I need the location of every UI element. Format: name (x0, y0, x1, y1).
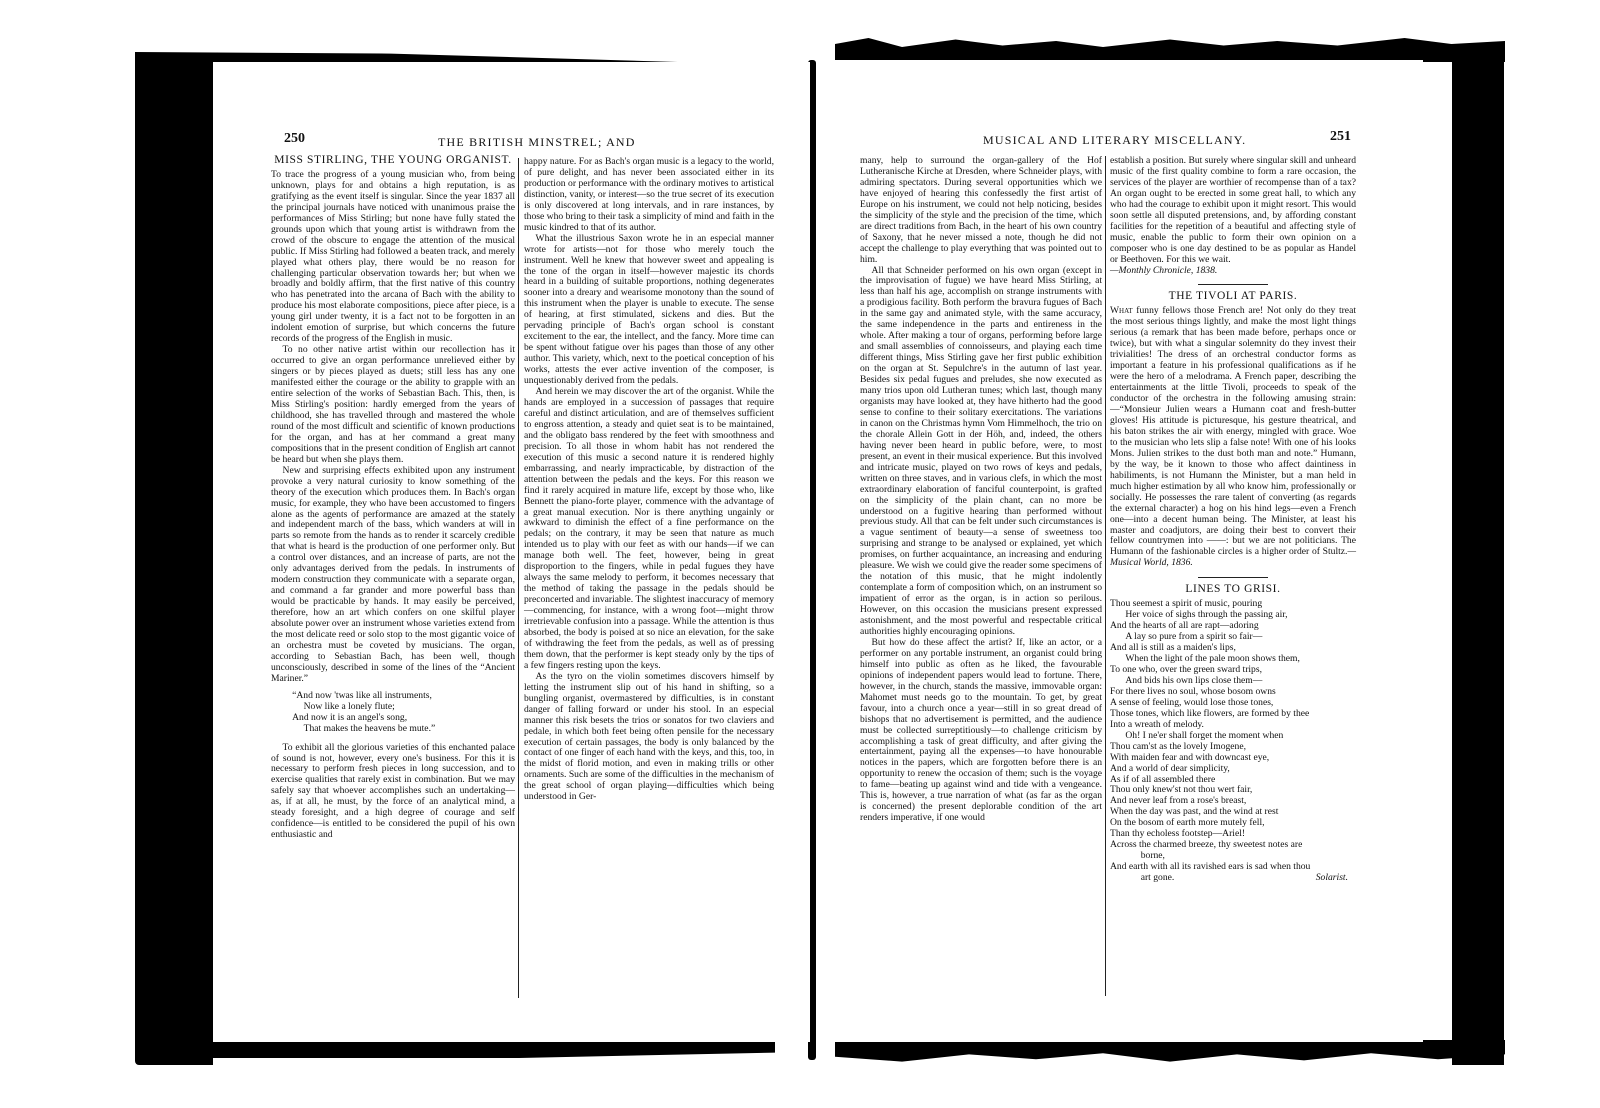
poem-signature: Solarist. (1316, 873, 1348, 884)
paragraph: To trace the progress of a young musicia… (271, 170, 515, 345)
book-edge-right (1452, 45, 1504, 1065)
paragraph-body: funny fellows those French are! Not only… (1110, 305, 1356, 557)
poem-title: LINES TO GRISI. (1110, 584, 1356, 595)
section-separator (1198, 577, 1268, 578)
paragraph: New and surprising effects exhibited upo… (271, 466, 515, 685)
paragraph: happy nature. For as Bach's organ music … (524, 157, 774, 234)
poem: Thou seemest a spirit of music, pouring … (1110, 599, 1356, 884)
poem-line: art gone.Solarist. (1110, 873, 1356, 884)
book-edge-left (135, 55, 213, 1065)
poem-line: Oh! I ne'er shall forget the moment when (1110, 731, 1356, 742)
page-number: 251 (1330, 129, 1351, 145)
article-title: THE TIVOLI AT PARIS. (1110, 291, 1356, 302)
left-column-1: MISS STIRLING, THE YOUNG ORGANIST. To tr… (271, 155, 515, 841)
paragraph: As the tyro on the violin sometimes disc… (524, 672, 774, 803)
paragraph: What the illustrious Saxon wrote he in a… (524, 234, 774, 387)
right-column-2: establish a position. But surely where s… (1110, 156, 1356, 884)
column-rule (518, 158, 519, 998)
left-column-2: happy nature. For as Bach's organ music … (524, 157, 774, 803)
running-head: MUSICAL AND LITERARY MISCELLANY. (983, 133, 1246, 148)
page-number: 250 (284, 131, 305, 147)
poem-quote: “And now 'twas like all instruments, Now… (292, 691, 515, 735)
running-head: THE BRITISH MINSTREL; AND (438, 135, 636, 150)
quote-line: That makes the heavens be mute.” (292, 724, 515, 735)
lead-word: What (1110, 305, 1133, 316)
column-rule (1105, 156, 1106, 996)
poem-line: And a world of dear simplicity, (1110, 764, 1356, 775)
paragraph: And herein we may discover the art of th… (524, 387, 774, 672)
quote-line: And now it is an angel's song, (292, 713, 515, 724)
citation: —Monthly Chronicle, 1838. (1110, 266, 1356, 277)
section-separator (1198, 284, 1268, 285)
article-title: MISS STIRLING, THE YOUNG ORGANIST. (271, 155, 515, 166)
paragraph: But how do these affect the artist? If, … (860, 638, 1102, 824)
paragraph: What funny fellows those French are! Not… (1110, 306, 1356, 569)
paragraph: To no other native artist within our rec… (271, 345, 515, 465)
poem-line: With maiden fear and with downcast eye, (1110, 753, 1356, 764)
paragraph: many, help to surround the organ-gallery… (860, 156, 1102, 266)
right-page: MUSICAL AND LITERARY MISCELLANY. 251 man… (818, 60, 1423, 1042)
paragraph: All that Schneider performed on his own … (860, 266, 1102, 638)
paragraph: To exhibit all the glorious varieties of… (271, 743, 515, 842)
left-page: 250 THE BRITISH MINSTREL; AND MISS STIRL… (213, 62, 810, 1042)
quote-line: Now like a lonely flute; (292, 702, 515, 713)
poem-line-text: art gone. (1141, 872, 1175, 883)
right-column-1: many, help to surround the organ-gallery… (860, 156, 1102, 824)
paragraph: establish a position. But surely where s… (1110, 156, 1356, 266)
poem-line: Thou cam'st as the lovely Imogene, (1110, 742, 1356, 753)
